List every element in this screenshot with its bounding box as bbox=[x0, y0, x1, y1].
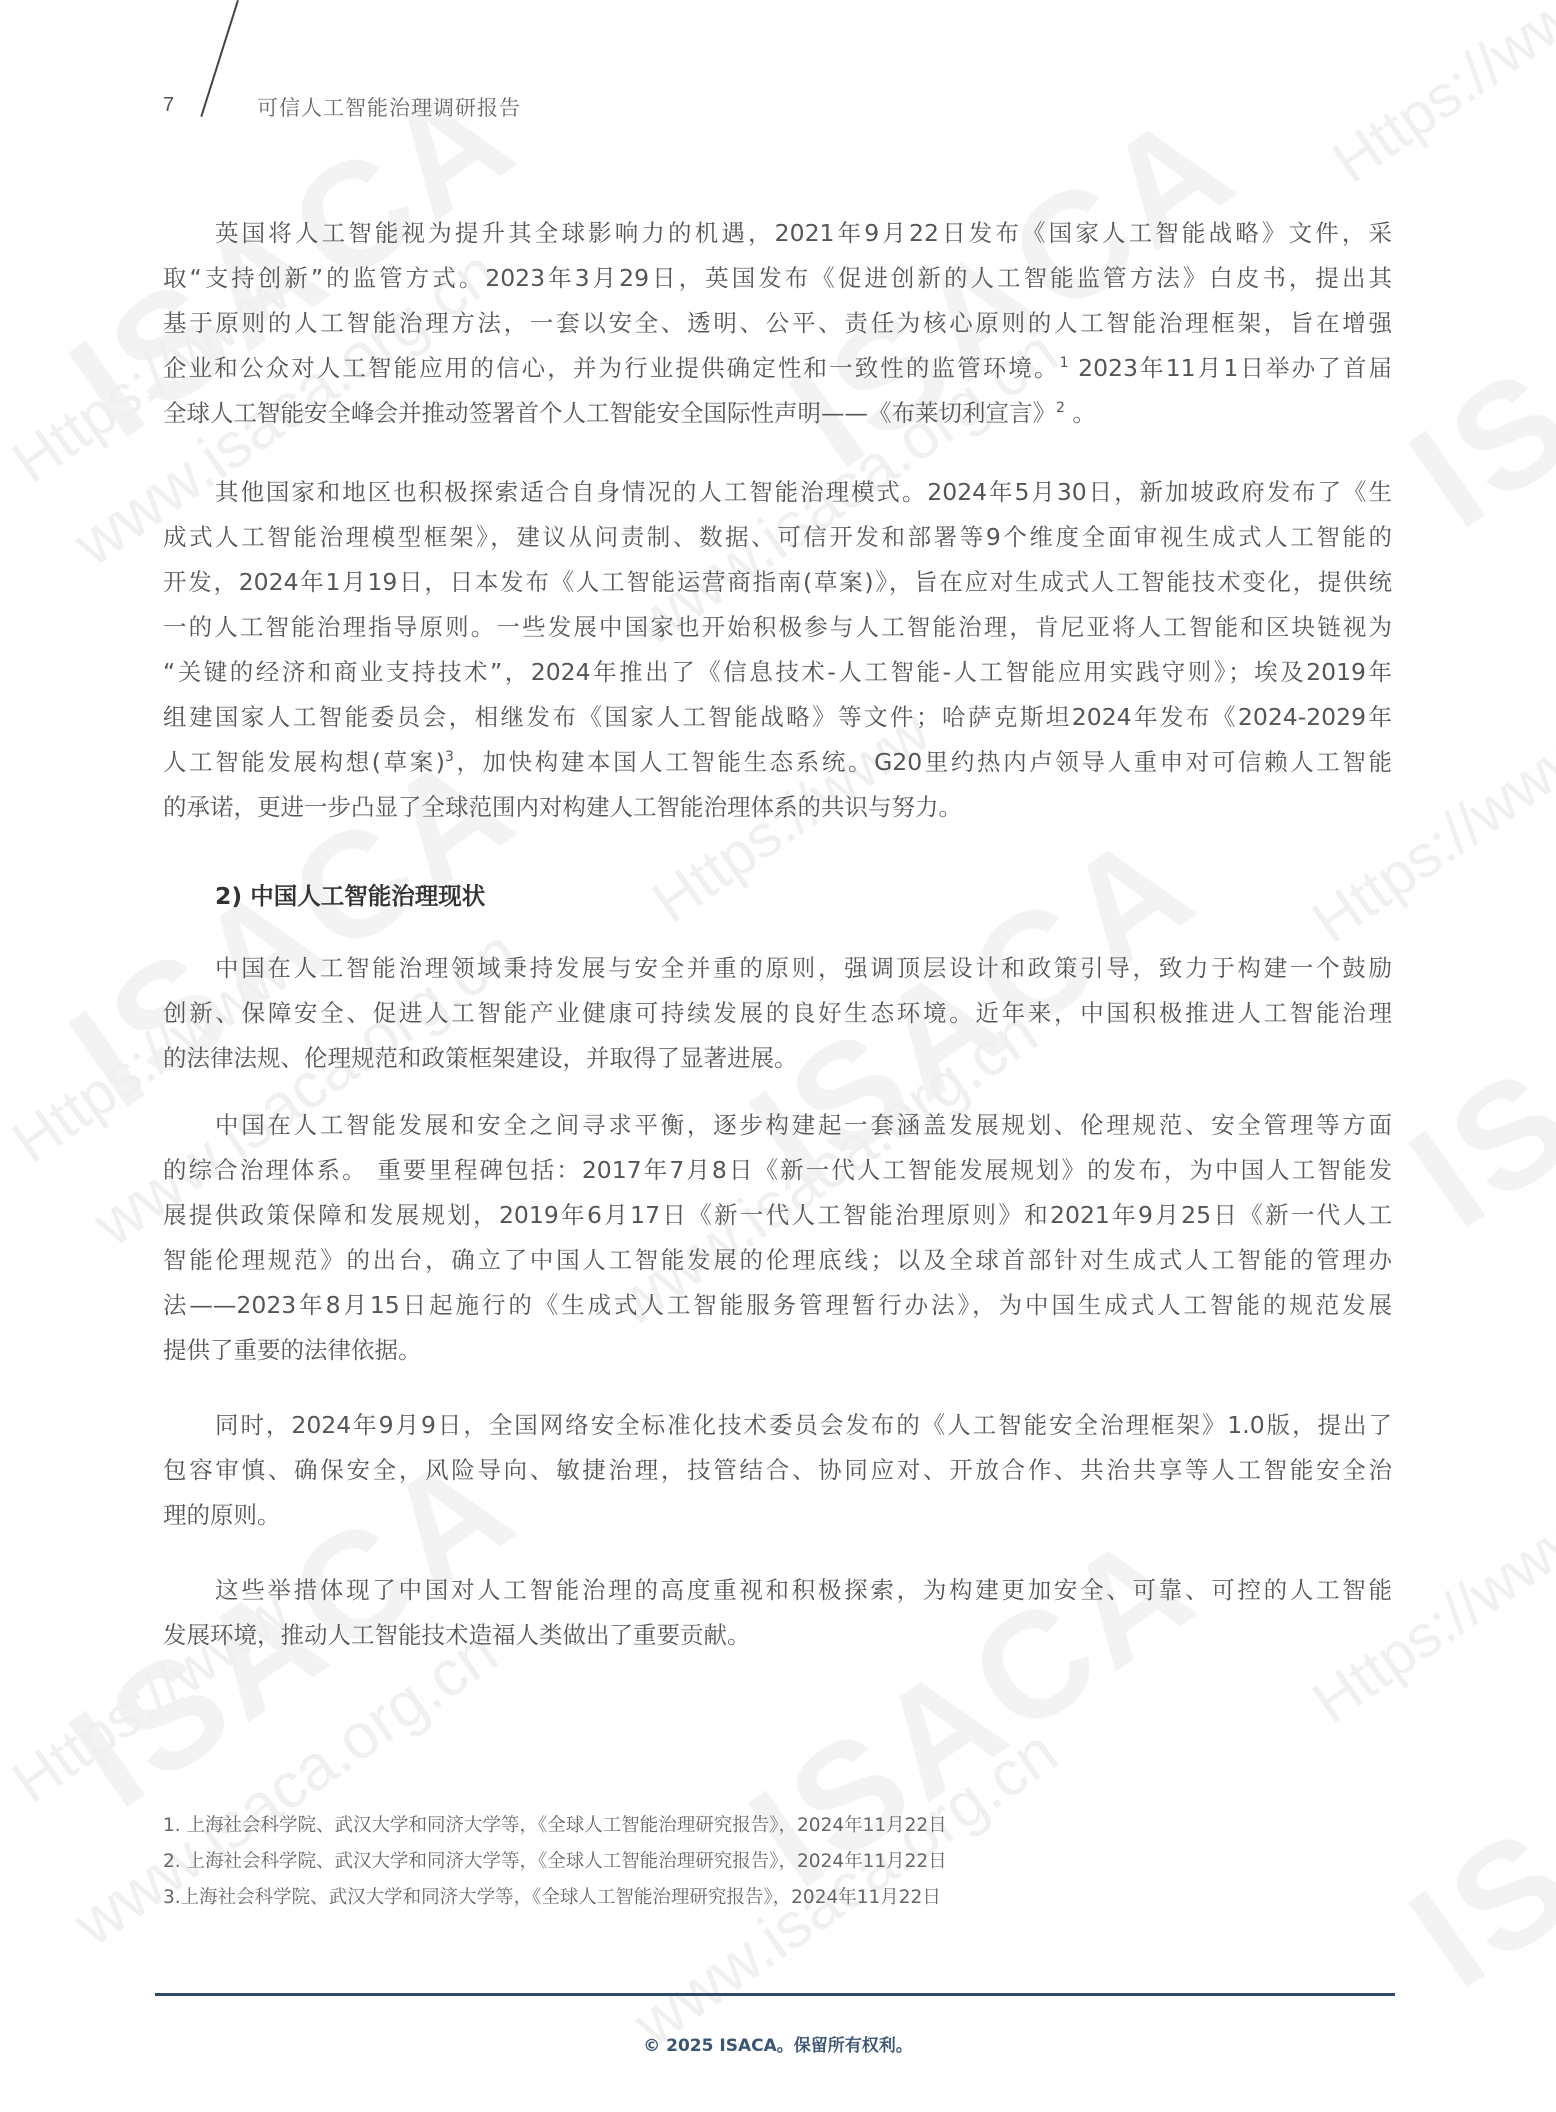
text-span: 人工智能发展构想(草案) bbox=[163, 748, 445, 776]
footnote-2: 2. 上海社会科学院、武汉大学和同济大学等，《全球人工智能治理研究报告》，202… bbox=[163, 1850, 947, 1874]
text-line: 法——2023年8月15日起施行的《生成式人工智能服务管理暂行办法》，为中国生成… bbox=[163, 1290, 1392, 1320]
text-line: 创新、保障安全、促进人工智能产业健康可持续发展的良好生态环境。近年来，中国积极推… bbox=[163, 998, 1392, 1028]
watermark-brand: ISACA bbox=[1380, 1595, 1556, 2022]
text-line: 同时，2024年9月9日，全国网络安全标准化技术委员会发布的《人工智能安全治理框… bbox=[215, 1410, 1392, 1440]
footnote-ref-2[interactable]: 2 bbox=[1056, 400, 1065, 416]
text-line: 包容审慎、确保安全，风险导向、敏捷治理，技管结合、协同应对、开放合作、共治共享等… bbox=[163, 1455, 1392, 1485]
text-line: 英国将人工智能视为提升其全球影响力的机遇，2021年9月22日发布《国家人工智能… bbox=[215, 218, 1392, 248]
footnote-ref-3[interactable]: 3 bbox=[445, 749, 454, 765]
text-line: 全球人工智能安全峰会并推动签署首个人工智能安全国际性声明——《布莱切利宣言》2 … bbox=[163, 398, 1392, 428]
text-line: 其他国家和地区也积极探索适合自身情况的人工智能治理模式。2024年5月30日，新… bbox=[215, 477, 1392, 507]
running-title: 可信人工智能治理调研报告 bbox=[257, 92, 521, 122]
text-span: ，加快构建本国人工智能生态系统。G20里约热内卢领导人重申对可信赖人工智能 bbox=[454, 748, 1392, 776]
text-span: 全球人工智能安全峰会并推动签署首个人工智能安全国际性声明——《布莱切利宣言》 bbox=[163, 399, 1056, 427]
text-line: 人工智能发展构想(草案)3，加快构建本国人工智能生态系统。G20里约热内卢领导人… bbox=[163, 747, 1392, 777]
text-span: 2023年11月1日举办了首届 bbox=[1069, 354, 1392, 382]
text-line: 这些举措体现了中国对人工智能治理的高度重视和积极探索，为构建更加安全、可靠、可控… bbox=[215, 1575, 1392, 1605]
text-span: 。 bbox=[1065, 399, 1096, 427]
watermark-brand: ISACA bbox=[1380, 135, 1556, 562]
footnote-1: 1. 上海社会科学院、武汉大学和同济大学等，《全球人工智能治理研究报告》，202… bbox=[163, 1814, 947, 1838]
text-line: 组建国家人工智能委员会，相继发布《国家人工智能战略》等文件；哈萨克斯坦2024年… bbox=[163, 702, 1392, 732]
header-slash-divider bbox=[200, 0, 238, 117]
text-line: 的承诺，更进一步凸显了全球范围内对构建人工智能治理体系的共识与努力。 bbox=[163, 792, 1392, 822]
watermark-brand: ISACA bbox=[1380, 835, 1556, 1262]
text-line: “关键的经济和商业支持技术”，2024年推出了《信息技术-人工智能-人工智能应用… bbox=[163, 657, 1392, 687]
section-heading: 2) 中国人工智能治理现状 bbox=[215, 877, 485, 911]
watermark-brand: ISACA bbox=[40, 715, 546, 1142]
text-line: 智能伦理规范》的出台，确立了中国人工智能发展的伦理底线；以及全球首部针对生成式人… bbox=[163, 1245, 1392, 1275]
watermark-http: Https://www bbox=[1320, 0, 1556, 197]
page-number: 7 bbox=[163, 94, 174, 117]
watermark-http: Https://www bbox=[0, 1576, 302, 1816]
footnote-3: 3.上海社会科学院、武汉大学和同济大学等，《全球人工智能治理研究报告》，2024… bbox=[163, 1886, 941, 1910]
text-line: 的法律法规、伦理规范和政策框架建设，并取得了显著进展。 bbox=[163, 1043, 1392, 1073]
text-line: 发展环境，推动人工智能技术造福人类做出了重要贡献。 bbox=[163, 1620, 1392, 1650]
text-line: 理的原则。 bbox=[163, 1500, 1392, 1530]
watermark-http: Https://www bbox=[1300, 1496, 1556, 1736]
text-line: 取“支持创新”的监管方式。2023年3月29日，英国发布《促进创新的人工智能监管… bbox=[163, 263, 1392, 293]
text-line: 的综合治理体系。 重要里程碑包括：2017年7月8日《新一代人工智能发展规划》的… bbox=[163, 1155, 1392, 1185]
text-line: 提供了重要的法律依据。 bbox=[163, 1335, 1392, 1365]
text-line: 中国在人工智能发展和安全之间寻求平衡，逐步构建起一套涵盖发展规划、伦理规范、安全… bbox=[215, 1110, 1392, 1140]
text-line: 成式人工智能治理模型框架》，建议从问责制、数据、可信开发和部署等9个维度全面审视… bbox=[163, 522, 1392, 552]
text-span: 企业和公众对人工智能应用的信心，并为行业提供确定性和一致性的监管环境。 bbox=[163, 354, 1060, 382]
footer-rule bbox=[155, 1993, 1395, 1996]
text-line: 中国在人工智能治理领域秉持发展与安全并重的原则，强调顶层设计和政策引导，致力于构… bbox=[215, 953, 1392, 983]
text-line: 基于原则的人工智能治理方法，一套以安全、透明、公平、责任为核心原则的人工智能治理… bbox=[163, 308, 1392, 338]
text-line: 一的人工智能治理指导原则。一些发展中国家也开始积极参与人工智能治理，肯尼亚将人工… bbox=[163, 612, 1392, 642]
text-line: 开发，2024年1月19日，日本发布《人工智能运营商指南(草案)》，旨在应对生成… bbox=[163, 567, 1392, 597]
copyright-notice: © 2025 ISACA。保留所有权利。 bbox=[0, 2031, 1556, 2056]
text-line: 企业和公众对人工智能应用的信心，并为行业提供确定性和一致性的监管环境。1 202… bbox=[163, 353, 1392, 383]
text-line: 展提供政策保障和发展规划，2019年6月17日《新一代人工智能治理原则》和202… bbox=[163, 1200, 1392, 1230]
footnote-ref-1[interactable]: 1 bbox=[1060, 355, 1069, 371]
